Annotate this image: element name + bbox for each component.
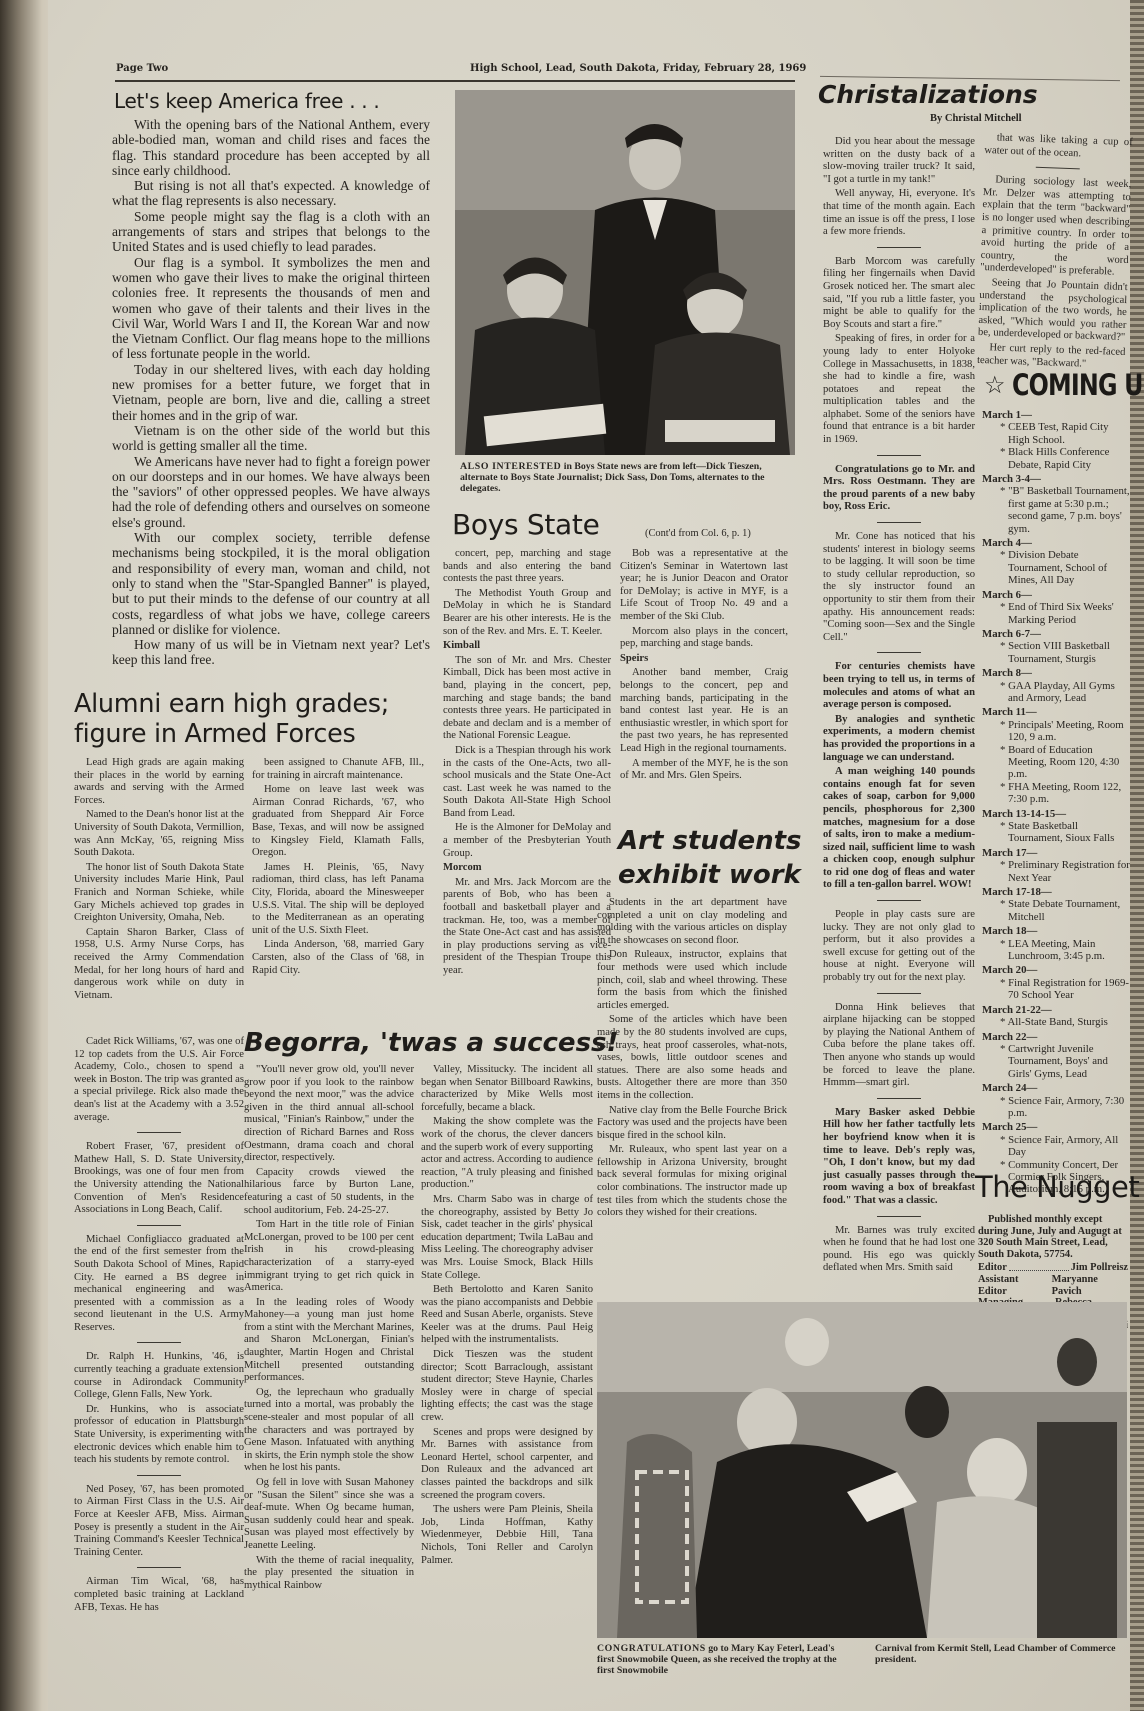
- paragraph: Native clay from the Belle Fourche Brick…: [597, 1105, 787, 1143]
- paragraph: Tom Hart in the title role of Finian McL…: [244, 1219, 414, 1295]
- event-date: March 25—: [982, 1121, 1132, 1133]
- paragraph: With the theme of racial inequality, the…: [244, 1555, 414, 1593]
- event-date: March 11—: [982, 706, 1132, 718]
- paragraph: Bob was a representative at the Citizen'…: [620, 548, 788, 624]
- paragraph: Mary Basker asked Debbie Hill how her fa…: [823, 1107, 975, 1208]
- christalizations-title: Christalizations: [818, 80, 1038, 109]
- event-item: * GAA Playday, All Gyms and Armory, Lead: [982, 680, 1132, 705]
- paragraph: Mr. Ruleaux, who spent last year on a fe…: [597, 1144, 787, 1220]
- separator-rule: [877, 652, 921, 653]
- event-item: * State Basketball Tournament, Sioux Fal…: [982, 820, 1132, 845]
- paragraph: Dick is a Thespian through his work in t…: [443, 745, 611, 821]
- paragraph: "You'll never grow old, you'll never gro…: [244, 1064, 414, 1165]
- paragraph: The Methodist Youth Group and DeMolay in…: [443, 588, 611, 638]
- art-headline-line1: Art students: [618, 824, 802, 858]
- alumni-headline: Alumni earn high grades; figure in Armed…: [74, 689, 389, 749]
- separator-rule: [137, 1475, 181, 1476]
- paragraph: In the leading roles of Woody Mahoney—a …: [244, 1297, 414, 1385]
- paragraph: Lead High grads are again making their p…: [74, 757, 244, 807]
- separator-rule: [877, 522, 921, 523]
- alumni-col1-lower: Cadet Rick Williams, '67, was one of 12 …: [74, 1036, 244, 1616]
- leader-dots: [1009, 1262, 1069, 1271]
- paragraph: Vietnam is on the other side of the worl…: [112, 423, 430, 454]
- photo-crowd-trophy-icon: [597, 1302, 1127, 1638]
- paragraph: been assigned to Chanute AFB, Ill., for …: [252, 757, 424, 782]
- header-rule: [115, 80, 795, 82]
- paragraph: that was like taking a cup of water out …: [984, 132, 1133, 162]
- separator-rule: [137, 1342, 181, 1343]
- paragraph: Capacity crowds viewed the hilarious far…: [244, 1167, 414, 1217]
- dateline: High School, Lead, South Dakota, Friday,…: [470, 63, 806, 74]
- paragraph: Speirs: [620, 653, 788, 666]
- event-item: * Board of Education Meeting, Room 120, …: [982, 744, 1132, 781]
- caption-lead: ALSO INTERESTED: [460, 461, 561, 472]
- paragraph: A man weighing 140 pounds contains enoug…: [823, 766, 975, 892]
- staff-row: EditorJim Pollreisz: [978, 1262, 1128, 1274]
- staff-row: Assistant EditorMaryanne Pavich: [978, 1274, 1128, 1297]
- paragraph: But rising is not all that's expected. A…: [112, 178, 430, 209]
- begorra-col1: "You'll never grow old, you'll never gro…: [244, 1064, 414, 1594]
- art-headline: Art students exhibit work: [618, 824, 802, 892]
- separator-rule: [1036, 167, 1080, 170]
- paragraph: Og, the leprechaun who gradually turned …: [244, 1387, 414, 1475]
- paragraph: Beth Bertolotto and Karen Sanito was the…: [421, 1284, 593, 1347]
- paragraph: Ned Posey, '67, has been promoted to Air…: [74, 1484, 244, 1560]
- paragraph: Some people might say the flag is a clot…: [112, 209, 430, 255]
- paragraph: Dr. Ralph H. Hunkins, '46, is currently …: [74, 1351, 244, 1401]
- paragraph: With the opening bars of the National An…: [112, 117, 430, 178]
- event-date: March 21-22—: [982, 1004, 1132, 1016]
- paragraph: James H. Pleinis, '65, Navy radioman, th…: [252, 862, 424, 938]
- paragraph: People in play casts sure are lucky. The…: [823, 909, 975, 985]
- paragraph: Dr. Hunkins, who is associate professor …: [74, 1404, 244, 1467]
- page-label: Page Two: [116, 63, 168, 74]
- event-item: * All-State Band, Sturgis: [982, 1016, 1132, 1028]
- paragraph: Captain Sharon Barker, Class of 1958, U.…: [74, 927, 244, 1003]
- paragraph: Making the show complete was the work of…: [421, 1116, 593, 1192]
- paragraph: Students in the art department have comp…: [597, 897, 787, 947]
- boys-state-col1: concert, pep, marching and stage bands a…: [443, 548, 611, 980]
- event-date: March 17-18—: [982, 886, 1132, 898]
- begorra-col2: Valley, Missitucky. The incident all beg…: [421, 1064, 593, 1569]
- paragraph: With our complex society, terrible defen…: [112, 530, 430, 637]
- boys-state-photo-caption: ALSO INTERESTED in Boys State news are f…: [460, 461, 790, 494]
- boys-state-headline: Boys State: [452, 508, 600, 541]
- christalizations-byline: By Christal Mitchell: [930, 113, 1022, 124]
- paragraph: concert, pep, marching and stage bands a…: [443, 548, 611, 586]
- paragraph: We Americans have never had to fight a f…: [112, 454, 430, 530]
- star-icon: ☆: [984, 371, 1006, 399]
- separator-rule: [877, 993, 921, 994]
- christalizations-col1: Did you hear about the message written o…: [823, 136, 975, 1277]
- editorial-body: With the opening bars of the National An…: [112, 117, 430, 668]
- paragraph: Morcom: [443, 862, 611, 875]
- paragraph: The honor list of South Dakota State Uni…: [74, 862, 244, 925]
- staff-name: Maryanne Pavich: [1052, 1274, 1128, 1297]
- paragraph: Airman Tim Wical, '68, has completed bas…: [74, 1576, 244, 1614]
- alumni-col1: Lead High grads are again making their p…: [74, 757, 244, 1004]
- paragraph: Mrs. Charm Sabo was in charge of the cho…: [421, 1194, 593, 1282]
- paragraph: Speaking of fires, in order for a young …: [823, 333, 975, 446]
- paragraph: Cadet Rick Williams, '67, was one of 12 …: [74, 1036, 244, 1124]
- paragraph: The son of Mr. and Mrs. Chester Kimball,…: [443, 655, 611, 743]
- separator-rule: [877, 455, 921, 456]
- paragraph: Linda Anderson, '68, married Gary Carste…: [252, 939, 424, 977]
- paragraph: Robert Fraser, '67, president of Mathew …: [74, 1141, 244, 1217]
- event-item: * Preliminary Registration for Next Year: [982, 859, 1132, 884]
- caption-left-lead: CONGRATULATIONS: [597, 1643, 706, 1654]
- alumni-headline-line1: Alumni earn high grades;: [74, 689, 389, 719]
- snowmobile-queen-photo: [597, 1302, 1127, 1638]
- event-date: March 6-7—: [982, 628, 1132, 640]
- coming-up-title: COMING UP: [1012, 368, 1144, 402]
- page-edge: [1130, 0, 1144, 1711]
- paragraph: Named to the Dean's honor list at the Un…: [74, 809, 244, 859]
- boys-state-col2: Bob was a representative at the Citizen'…: [620, 548, 788, 785]
- snowmobile-caption-left: CONGRATULATIONS go to Mary Kay Feterl, L…: [597, 1643, 847, 1676]
- event-date: March 13-14-15—: [982, 808, 1132, 820]
- paragraph: Don Ruleaux, instructor, explains that f…: [597, 949, 787, 1012]
- paragraph: Well anyway, Hi, everyone. It's that tim…: [823, 188, 975, 238]
- paragraph: Did you hear about the message written o…: [823, 136, 975, 186]
- event-item: * LEA Meeting, Main Lunchroom, 3:45 p.m.: [982, 938, 1132, 963]
- paragraph: How many of us will be in Vietnam next y…: [112, 637, 430, 668]
- event-item: * Division Debate Tournament, School of …: [982, 549, 1132, 586]
- christalizations-col2: that was like taking a cup of water out …: [977, 132, 1133, 374]
- separator-rule: [877, 1216, 921, 1217]
- boys-state-photo: [455, 90, 795, 455]
- masthead-title: The Nugget: [975, 1170, 1139, 1204]
- event-item: * FHA Meeting, Room 122, 7:30 p.m.: [982, 781, 1132, 806]
- event-item: * End of Third Six Weeks' Marking Period: [982, 601, 1132, 626]
- event-date: March 1—: [982, 409, 1132, 421]
- event-item: * Section VIII Basketball Tournament, St…: [982, 640, 1132, 665]
- paragraph: Og fell in love with Susan Mahoney or "S…: [244, 1477, 414, 1553]
- event-item: * Black Hills Conference Debate, Rapid C…: [982, 446, 1132, 471]
- paragraph: Seeing that Jo Pountain didn't understan…: [978, 277, 1128, 345]
- event-date: March 17—: [982, 847, 1132, 859]
- paragraph: The ushers were Pam Pleinis, Sheila Job,…: [421, 1504, 593, 1567]
- paragraph: During sociology last week, Mr. Delzer w…: [980, 174, 1131, 280]
- paragraph: Donna Hink believes that airplane hijack…: [823, 1002, 975, 1090]
- staff-role: Editor: [978, 1262, 1007, 1274]
- paragraph: Valley, Missitucky. The incident all beg…: [421, 1064, 593, 1114]
- paragraph: Mr. and Mrs. Jack Morcom are the parents…: [443, 877, 611, 978]
- art-body: Students in the art department have comp…: [597, 897, 787, 1222]
- separator-rule: [137, 1567, 181, 1568]
- paragraph: Mr. Cone has noticed that his students' …: [823, 531, 975, 644]
- event-item: * State Debate Tournament, Mitchell: [982, 898, 1132, 923]
- paragraph: For centuries chemists have been trying …: [823, 661, 975, 711]
- paragraph: Morcom also plays in the concert, pep, m…: [620, 626, 788, 651]
- paragraph: By analogies and synthetic experiments, …: [823, 714, 975, 764]
- event-item: * CEEB Test, Rapid City High School.: [982, 421, 1132, 446]
- separator-rule: [877, 900, 921, 901]
- paragraph: He is the Almoner for DeMolay and a memb…: [443, 822, 611, 860]
- event-date: March 4—: [982, 537, 1132, 549]
- paragraph: Mr. Barnes was truly excited when he fou…: [823, 1225, 975, 1275]
- boys-state-continued: (Cont'd from Col. 6, p. 1): [645, 528, 751, 541]
- paragraph: Barb Morcom was carefully filing her fin…: [823, 256, 975, 332]
- masthead-published: Published monthly except during June, Ju…: [978, 1214, 1128, 1260]
- event-item: * "B" Basketball Tournament, first game …: [982, 485, 1132, 535]
- paragraph: Another band member, Craig belongs to th…: [620, 667, 788, 755]
- event-item: * Principals' Meeting, Room 120, 9 a.m.: [982, 719, 1132, 744]
- separator-rule: [877, 1098, 921, 1099]
- event-item: * Cartwright Juvenile Tournament, Boys' …: [982, 1043, 1132, 1080]
- event-date: March 8—: [982, 667, 1132, 679]
- separator-rule: [137, 1225, 181, 1226]
- staff-name: Jim Pollreisz: [1071, 1262, 1128, 1274]
- event-date: March 22—: [982, 1031, 1132, 1043]
- event-item: * Science Fair, Armory, 7:30 p.m.: [982, 1095, 1132, 1120]
- coming-up-calendar: March 1—* CEEB Test, Rapid City High Sch…: [982, 407, 1132, 1196]
- event-date: March 24—: [982, 1082, 1132, 1094]
- paragraph: Home on leave last week was Airman Conra…: [252, 784, 424, 860]
- snowmobile-caption-right: Carnival from Kermit Stell, Lead Chamber…: [875, 1643, 1125, 1665]
- editorial-headline: Let's keep America free . . .: [114, 89, 379, 113]
- paragraph: Congratulations go to Mr. and Mrs. Ross …: [823, 464, 975, 514]
- alumni-headline-line2: figure in Armed Forces: [74, 719, 389, 749]
- paragraph: A member of the MYF, he is the son of Mr…: [620, 758, 788, 783]
- paragraph: Scenes and props were designed by Mr. Ba…: [421, 1427, 593, 1503]
- separator-rule: [137, 1132, 181, 1133]
- separator-rule: [877, 247, 921, 248]
- event-date: March 18—: [982, 925, 1132, 937]
- photo-three-students-icon: [455, 90, 795, 455]
- event-item: * Final Registration for 1969-70 School …: [982, 977, 1132, 1002]
- event-date: March 6—: [982, 589, 1132, 601]
- art-headline-line2: exhibit work: [618, 858, 802, 892]
- begorra-headline: Begorra, 'twas a success!: [244, 1028, 618, 1058]
- coming-up-heading: ☆ COMING UP: [984, 368, 1144, 402]
- event-date: March 20—: [982, 964, 1132, 976]
- staff-role: Assistant Editor: [978, 1274, 1048, 1297]
- event-date: March 3-4—: [982, 473, 1132, 485]
- paragraph: Some of the articles which have been mad…: [597, 1014, 787, 1102]
- paragraph: Our flag is a symbol. It symbolizes the …: [112, 255, 430, 362]
- paragraph: Today in our sheltered lives, with each …: [112, 362, 430, 423]
- paragraph: Michael Configliacco graduated at the en…: [74, 1234, 244, 1335]
- event-item: * Science Fair, Armory, All Day: [982, 1134, 1132, 1159]
- alumni-col2: been assigned to Chanute AFB, Ill., for …: [252, 757, 424, 979]
- paragraph: Kimball: [443, 640, 611, 653]
- paragraph: Dick Tieszen was the student director; S…: [421, 1349, 593, 1425]
